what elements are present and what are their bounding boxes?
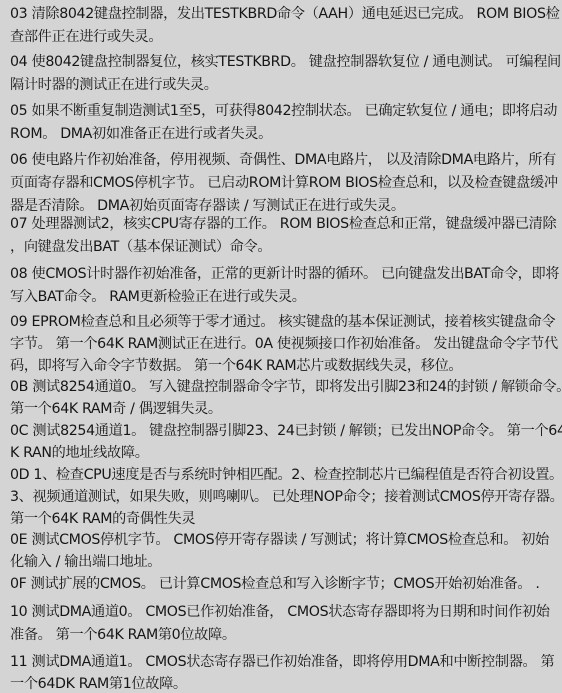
text-line: ROM。 DMA初如准备正在进行或者失灵。 — [10, 124, 272, 144]
text-line: 11 测试DMA通道1。 CMOS状态寄存器已作初始准备，即将停用DMA和中断控… — [10, 652, 554, 672]
text-line: 第一个64K RAM奇 / 偶逻辑失灵。 — [10, 399, 222, 419]
text-line: 07 处理器测试2，核实CPU寄存器的工作。 ROM BIOS检查总和正常，键盘… — [10, 214, 556, 234]
text-line: 器是否清除。 DMA初始页面寄存器读 / 写测试正在进行或失灵。 — [10, 196, 405, 216]
text-line: 0F 测试扩展的CMOS。 已计算CMOS检查总和写入诊断字节；CMOS开始初始… — [10, 574, 540, 594]
text-line: 0C 测试8254通道1。 键盘控制器引脚23、24已封锁 / 解锁；已发出NO… — [10, 421, 562, 441]
text-line: 03 清除8042键盘控制器，发出TESTKBRD命令（AAH）通电延迟已完成。… — [10, 4, 559, 24]
text-line: 09 EPROM检查总和且必须等于零才通过。 核实键盘的基本保证测试，接着核实键… — [10, 312, 555, 332]
text-line: 05 如果不断重复制造测试1至5，可获得8042控制状态。 已确定软复位 / 通… — [10, 101, 557, 121]
text-line: 化输入 / 输出端口地址。 — [10, 552, 161, 572]
text-line: 码，即将写入命令字节数据。 第一个64K RAM芯片或数据线失灵，移位。 — [10, 356, 462, 376]
text-line: 字节。 第一个64K RAM测试正在进行。0A 使视频接口作初始准备。 发出键盘… — [10, 334, 558, 354]
bios-post-code-document: 03 清除8042键盘控制器，发出TESTKBRD命令（AAH）通电延迟已完成。… — [0, 0, 562, 693]
text-line: 3、视频通道测试，如果失败，则鸣喇叭。 已处理NOP命令；接着测试CMOS停开寄… — [10, 487, 562, 507]
text-line: 隔计时器的测试正在进行或失灵。 — [10, 75, 218, 95]
text-line: 04 使8042键盘控制器复位，核实TESTKBRD。 键盘控制器软复位 / 通… — [10, 52, 561, 72]
text-line: 0E 测试CMOS停机字节。 CMOS停开寄存器读 / 写测试；将计算CMOS检… — [10, 530, 549, 550]
text-line: 第一个64K RAM的奇偶性失灵 — [10, 509, 195, 529]
text-line: 10 测试DMA通道0。 CMOS已作初始准备， CMOS状态寄存器即将为日期和… — [10, 602, 550, 622]
text-line: 页面寄存器和CMOS停机字节。 已启动ROM计算ROM BIOS检查总和，以及检… — [10, 173, 558, 193]
text-line: 一个64DK RAM第1位故障。 — [10, 674, 187, 693]
text-line: 准备。 第一个64K RAM第0位故障。 — [10, 625, 236, 645]
text-line: K RAN的地址线故障。 — [10, 443, 149, 463]
text-line: 06 使电路片作初始准备，停用视频、奇偶性、DMA电路片， 以及清除DMA电路片… — [10, 150, 556, 170]
text-line: 0B 测试8254通道0。 写入键盘控制器命令字节，即将发出引脚23和24的封锁… — [10, 377, 562, 397]
text-line: 08 使CMOS计时器作初始准备，正常的更新计时器的循环。 已向键盘发出BAT命… — [10, 264, 559, 284]
text-line: 写入BAT命令。 RAM更新检验正在进行或失灵。 — [10, 287, 306, 307]
text-line: 查部件正在进行或失灵。 — [10, 27, 162, 47]
text-line: ，向键盘发出BAT（基本保证测试）命令。 — [10, 237, 271, 257]
text-line: 0D 1、检查CPU速度是否与系统时钟相匹配。2、检查控制芯片已编程值是否符合初… — [10, 465, 562, 485]
